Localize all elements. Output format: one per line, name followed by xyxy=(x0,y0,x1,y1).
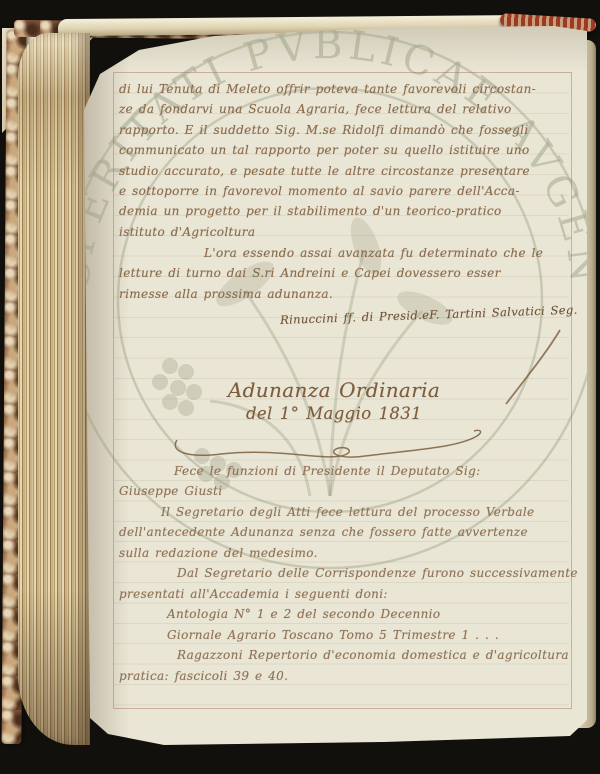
manuscript-line: studio accurato, e pesate tutte le altre… xyxy=(119,161,564,181)
session-heading-title: Adunanza Ordinaria xyxy=(202,378,466,402)
manuscript-paragraph: Fece le funzioni di Presidente il Deputa… xyxy=(119,461,564,563)
manuscript-line: demia un progetto per il stabilimento d'… xyxy=(119,201,564,221)
manuscript-line: communicato un tal rapporto per poter su… xyxy=(119,140,564,160)
manuscript-page: PROSPERITATI PVBLICAE AVGENDAE 30 xyxy=(84,26,587,745)
manuscript-line: Fece le funzioni di Presidente il Deputa… xyxy=(119,461,564,481)
manuscript-line: Dal Segretario delle Corrispondenze furo… xyxy=(119,563,564,584)
page-number: 305 xyxy=(91,34,121,62)
manuscript-paragraph: Dal Segretario delle Corrispondenze furo… xyxy=(119,563,564,687)
manuscript-line: Giornale Agrario Toscano Tomo 5 Trimestr… xyxy=(119,625,564,646)
manuscript-line: di lui Tenuta di Meleto offrir poteva ta… xyxy=(119,79,564,99)
manuscript-line: Antologia N° 1 e 2 del secondo Decennio xyxy=(119,604,564,625)
manuscript-line: L'ora essendo assai avanzata fu determin… xyxy=(119,243,564,263)
manuscript-line: Ragazzoni Repertorio d'economia domestic… xyxy=(119,645,564,666)
session-heading-date: del 1° Maggio 1831 xyxy=(202,402,466,426)
manuscript-line: rapporto. E il suddetto Sig. M.se Ridolf… xyxy=(119,120,564,140)
manuscript-line: Giuseppe Giusti xyxy=(119,481,564,501)
manuscript-line: rimesse alla prossima adunanza. xyxy=(119,284,564,304)
manuscript-paragraph: L'ora essendo assai avanzata fu determin… xyxy=(119,243,564,304)
margin-pen-stroke xyxy=(492,326,572,408)
heading-flourish xyxy=(169,428,499,462)
manuscript-line: sulla redazione del medesimo. xyxy=(119,543,564,563)
manuscript-line: e sottoporre in favorevol momento al sav… xyxy=(119,181,564,201)
manuscript-line: istituto d'Agricoltura xyxy=(119,222,564,242)
manuscript-line: letture di turno dai S.ri Andreini e Cap… xyxy=(119,263,564,283)
page-stack-fore-edge xyxy=(18,33,90,745)
manuscript-paragraph: di lui Tenuta di Meleto offrir poteva ta… xyxy=(119,79,564,242)
manuscript-line: pratica: fascicoli 39 e 40. xyxy=(119,666,564,687)
manuscript-line: presentati all'Accademia i seguenti doni… xyxy=(119,584,564,605)
manuscript-line: ze da fondarvi una Scuola Agraria, fece … xyxy=(119,99,564,119)
book-scan: PROSPERITATI PVBLICAE AVGENDAE 30 xyxy=(0,0,600,774)
session-heading: Adunanza Ordinaria del 1° Maggio 1831 xyxy=(202,378,466,426)
manuscript-line: dell'antecedente Adunanza senza che foss… xyxy=(119,522,564,542)
manuscript-line: Il Segretario degli Atti fece lettura de… xyxy=(119,502,564,522)
